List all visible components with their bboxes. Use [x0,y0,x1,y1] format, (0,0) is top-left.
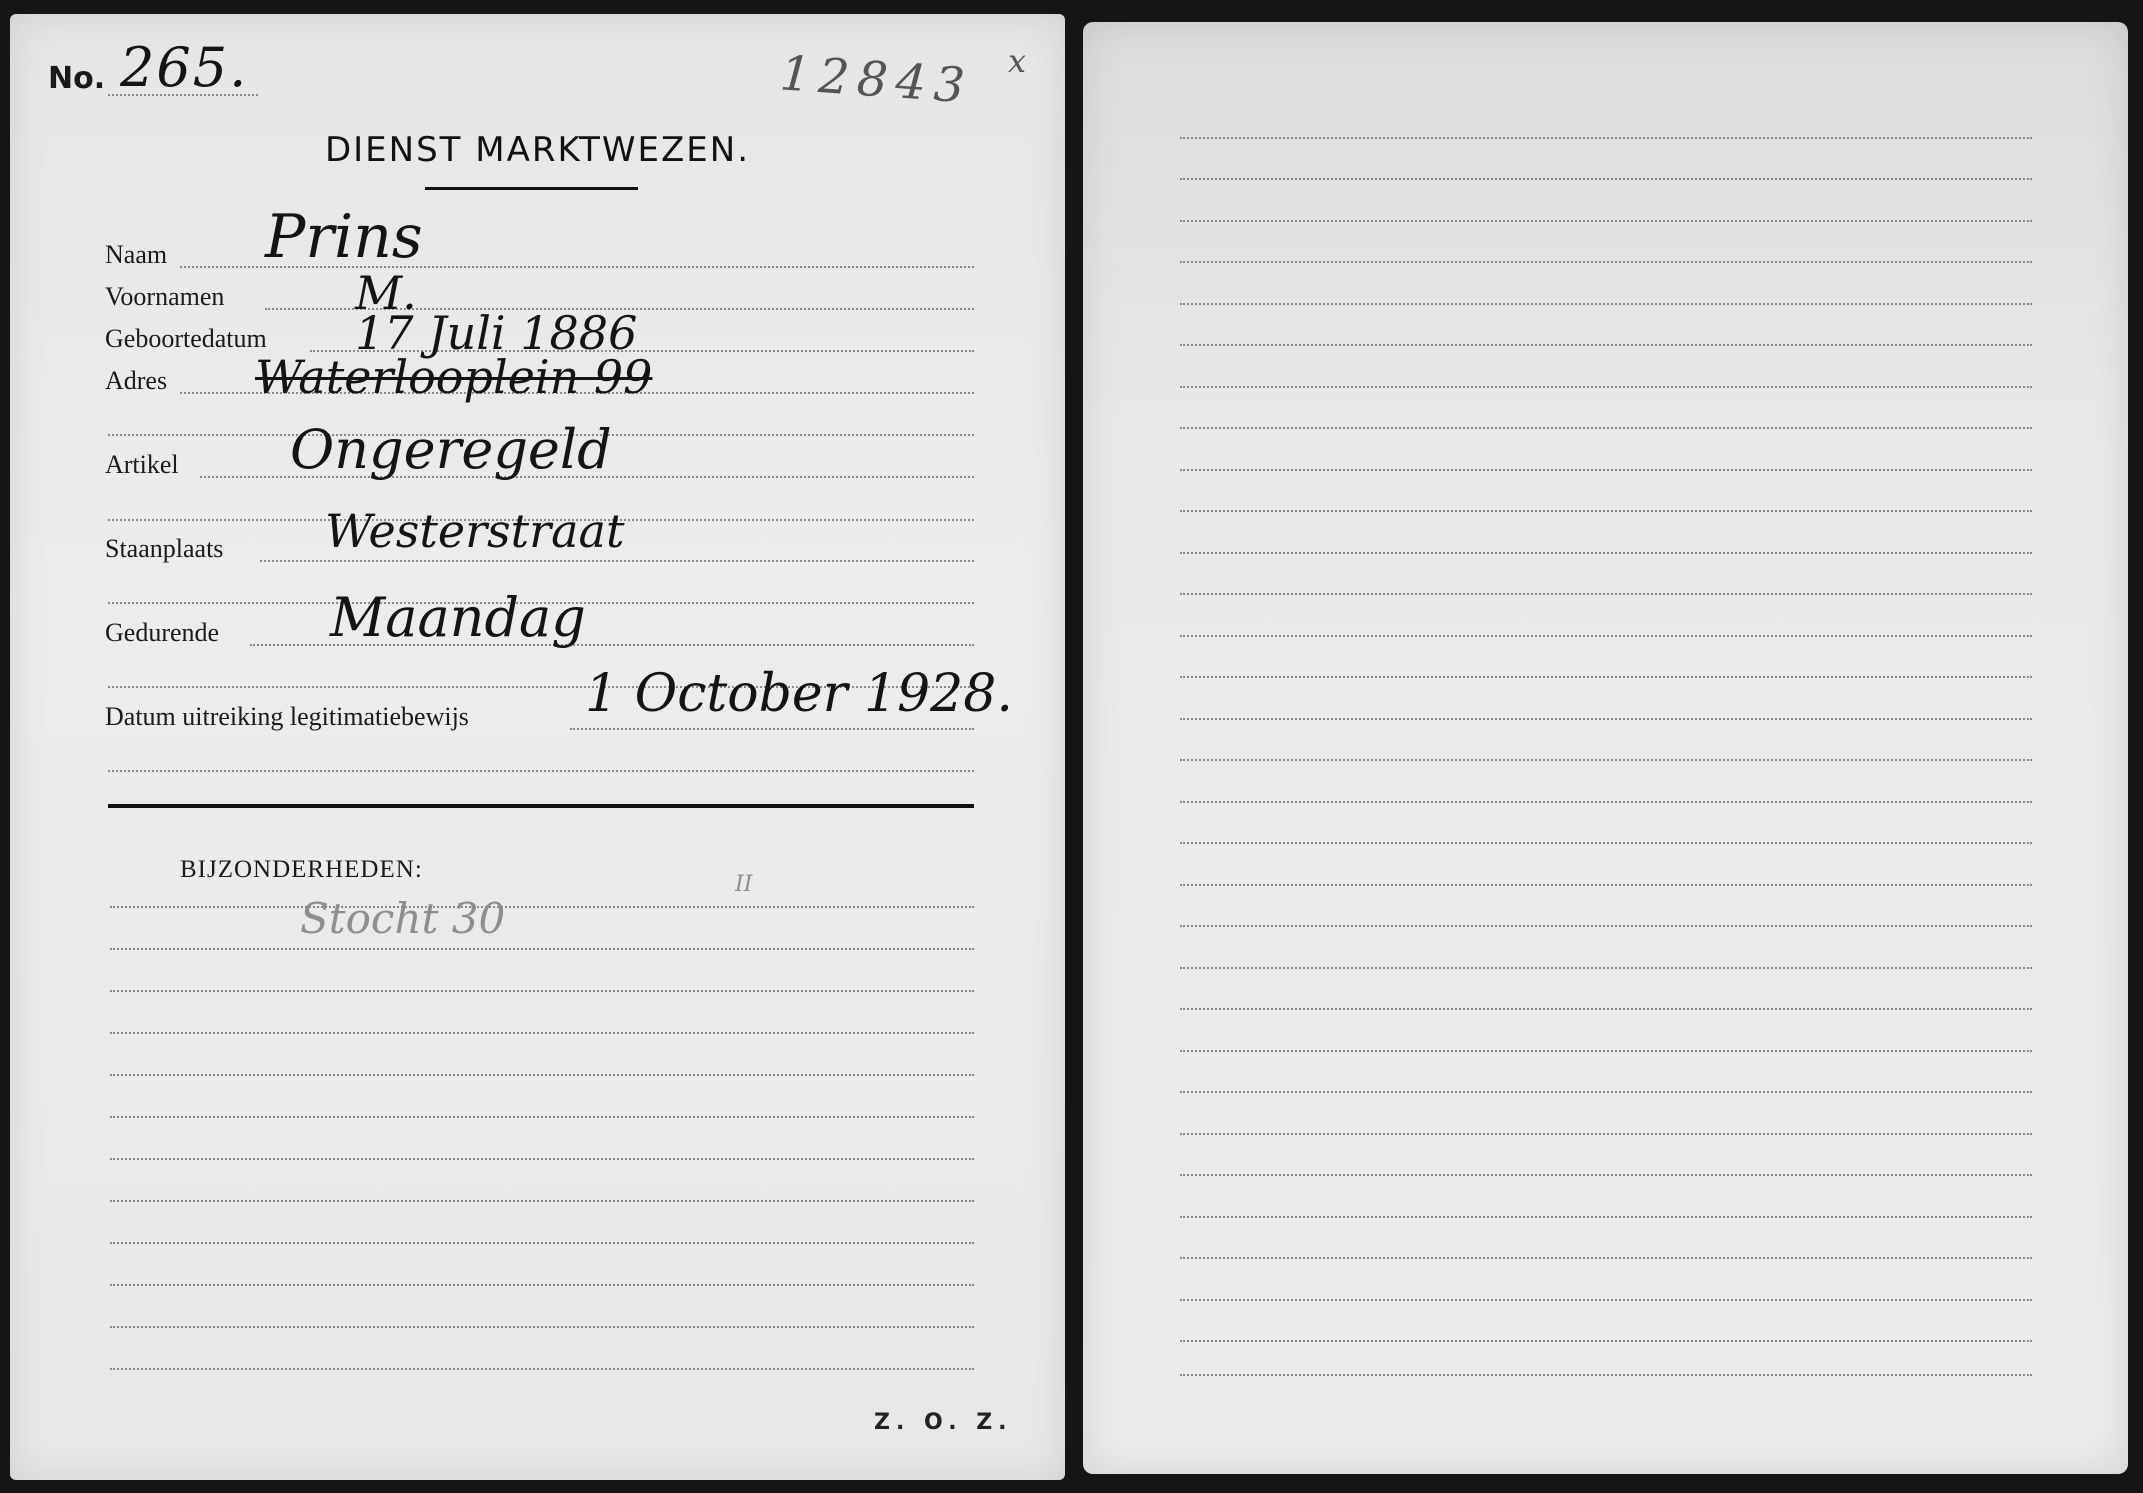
back-line [1180,1216,2032,1218]
back-line [1180,925,2032,927]
remarks-line [110,990,974,992]
field-value-adres: Waterlooplein 99 [255,350,652,404]
back-line [1180,1133,2032,1135]
page-title: DIENST MARKTWEZEN. [10,130,1065,170]
back-line [1180,552,2032,554]
field-value-artikel: Ongeregeld [290,418,612,481]
remarks-line [110,1116,974,1118]
remarks-line [110,1326,974,1328]
back-line [1180,469,2032,471]
remarks-line [110,1284,974,1286]
field-value-naam: Prins [265,202,423,272]
remarks-value: Stocht 30 [300,894,505,943]
remarks-line [110,1368,974,1370]
back-line [1180,137,2032,139]
back-line [1180,261,2032,263]
back-line [1180,386,2032,388]
field-label-datum-uitreiking: Datum uitreiking legitimatiebewijs [105,702,469,732]
field-label-artikel: Artikel [105,450,179,480]
card-back [1083,22,2128,1474]
field-label-voornamen: Voornamen [105,282,224,312]
back-line [1180,1091,2032,1093]
back-line [1180,635,2032,637]
back-line [1180,1299,2032,1301]
field-value-staanplaats: Westerstraat [325,504,624,558]
remarks-line [110,1242,974,1244]
field-label-gedurende: Gedurende [105,618,219,648]
back-line [1180,220,2032,222]
back-line [1180,842,2032,844]
card-front: No. 265. 12843 x DIENST MARKTWEZEN. Naam… [10,14,1065,1480]
remarks-line [110,1158,974,1160]
back-line [1180,344,2032,346]
back-line [1180,303,2032,305]
back-line [1180,718,2032,720]
footer-zoz: Z. O. Z. [874,1410,1013,1435]
title-divider [425,187,638,190]
back-line [1180,178,2032,180]
number-value: 265. [120,36,248,99]
field-line-staanplaats [260,560,974,562]
field-line-datum-uitreiking [570,728,974,730]
field-value-gedurende: Maandag [330,586,586,649]
back-line [1180,510,2032,512]
back-line [1180,1050,2032,1052]
back-line [1180,884,2032,886]
reference-number: 12843 [778,45,974,114]
field-label-staanplaats: Staanplaats [105,534,223,564]
back-line [1180,1257,2032,1259]
section-divider [108,804,974,808]
remarks-line [110,1074,974,1076]
remarks-heading: BIJZONDERHEDEN: [180,856,423,884]
back-line [1180,759,2032,761]
back-line [1180,1374,2032,1376]
back-line [1180,593,2032,595]
remarks-line [110,1032,974,1034]
back-line [1180,676,2032,678]
back-line [1180,1008,2032,1010]
field-label-naam: Naam [105,240,167,270]
back-line [1180,967,2032,969]
remarks-mark: II [735,872,752,897]
remarks-line [110,906,974,908]
back-line [1180,427,2032,429]
blank-line [108,770,974,772]
back-line [1180,1340,2032,1342]
back-line [1180,801,2032,803]
field-label-geboortedatum: Geboortedatum [105,324,267,354]
back-line [1180,1174,2032,1176]
reference-mark: x [1008,42,1026,80]
remarks-line [110,948,974,950]
number-label: No. [48,61,105,96]
field-value-datum-uitreiking: 1 October 1928. [585,664,1013,724]
field-label-adres: Adres [105,366,167,396]
remarks-line [110,1200,974,1202]
